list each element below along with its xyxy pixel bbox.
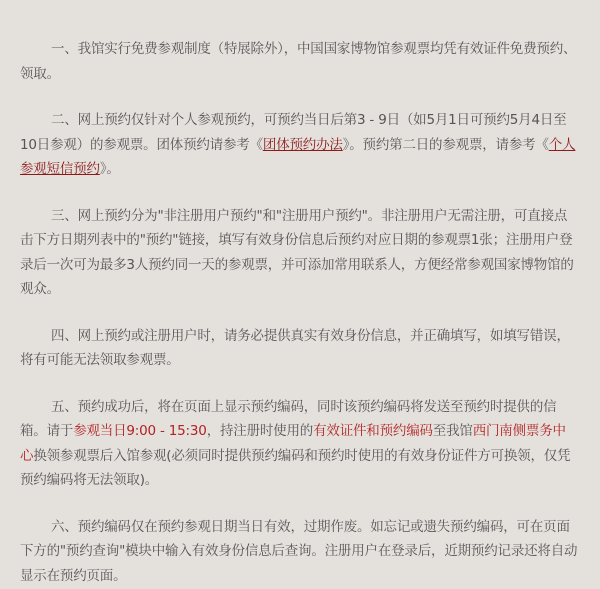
documents-highlight: 有效证件和预约编码 [313, 423, 433, 439]
notice-text: 一、我馆实行免费参观制度（特展除外），中国国家博物馆参观票均凭有效证件免费预约、… [20, 41, 576, 82]
notice-item-5: 五、预约成功后，将在页面上显示预约编码，同时该预约编码将发送至预约时提供的信箱。… [20, 395, 578, 493]
notice-text: 换领参观票后入馆参观(必须同时提供预约编码和预约时使用的有效身份证件方可换领，仅… [20, 448, 570, 489]
notice-text: 四、网上预约或注册用户时，请务必提供真实有效身份信息，并正确填写，如填写错误，将… [20, 328, 570, 369]
notice-item-6: 六、预约编码仅在预约参观日期当日有效，过期作废。如忘记或遗失预约编码，可在页面下… [20, 515, 578, 589]
notice-text: 》。 [100, 161, 120, 177]
reservation-notice: 一、我馆实行免费参观制度（特展除外），中国国家博物馆参观票均凭有效证件免费预约、… [0, 0, 600, 588]
notice-item-1: 一、我馆实行免费参观制度（特展除外），中国国家博物馆参观票均凭有效证件免费预约、… [20, 37, 578, 86]
notice-text: 六、预约编码仅在预约参观日期当日有效，过期作废。如忘记或遗失预约编码，可在页面下… [20, 519, 577, 584]
visit-time-highlight: 参观当日9:00 - 15:30 [73, 423, 206, 439]
notice-item-4: 四、网上预约或注册用户时，请务必提供真实有效身份信息，并正确填写，如填写错误，将… [20, 324, 578, 373]
group-reservation-link[interactable]: 团体预约办法 [263, 137, 343, 153]
notice-text: 三、网上预约分为"非注册用户预约"和"注册用户预约"。非注册用户无需注册，可直接… [20, 208, 574, 298]
notice-text: 》。预约第二日的参观票，请参考《 [343, 137, 549, 153]
notice-item-3: 三、网上预约分为"非注册用户预约"和"注册用户预约"。非注册用户无需注册，可直接… [20, 204, 578, 302]
notice-text: 至我馆 [433, 423, 473, 439]
notice-text: ，持注册时使用的 [207, 423, 313, 439]
notice-item-2: 二、网上预约仅针对个人参观预约，可预约当日后第3 - 9日（如5月1日可预约5月… [20, 108, 578, 182]
